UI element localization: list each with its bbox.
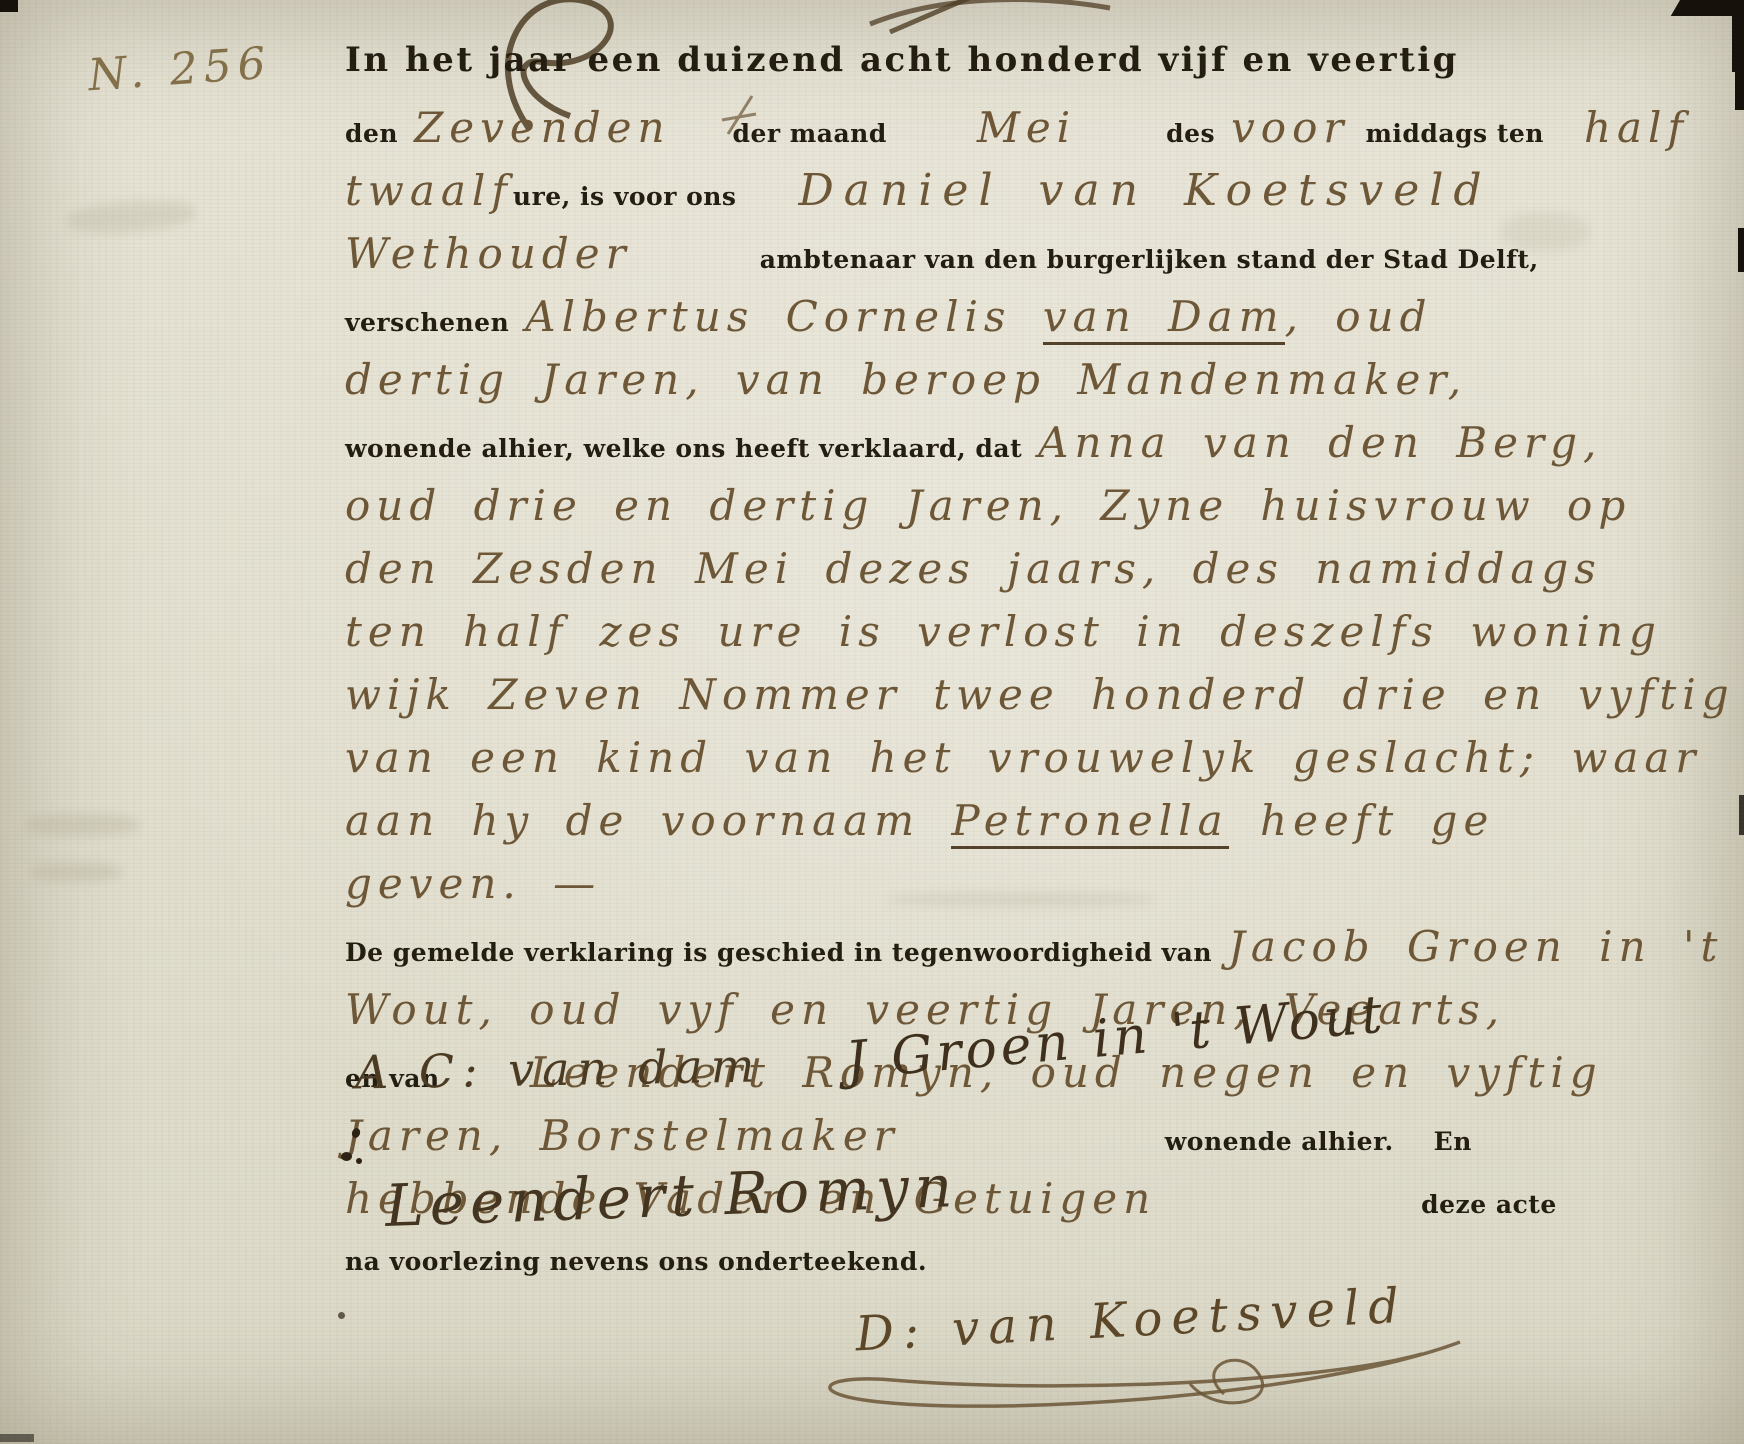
act-line: den Zesden Mei dezes jaars, des namiddag… xyxy=(345,545,1550,602)
ink-blot xyxy=(356,1158,362,1164)
ink-blot xyxy=(341,1152,352,1161)
scan-edge-mark xyxy=(1738,228,1744,272)
act-line: wijk Zeven Nommer twee honderd drie en v… xyxy=(345,671,1550,728)
printed-text: En xyxy=(1434,1127,1472,1156)
bleedthrough-smudge xyxy=(65,198,197,237)
handwritten-text: van een kind van het vrouwelyk geslacht;… xyxy=(345,733,1701,782)
act-line: ten half zes ure is verlost in deszelfs … xyxy=(345,608,1550,665)
act-line: Wethouderambtenaar van den burgerlijken … xyxy=(345,230,1550,287)
printed-text: wonende alhier. xyxy=(1165,1127,1394,1156)
printed-text: verschenen xyxy=(345,308,509,337)
handwritten-text: Mei xyxy=(977,103,1076,152)
printed-text: ambtenaar van den burgerlijken stand der… xyxy=(760,245,1539,274)
handwritten-text: Anna van den Berg, xyxy=(1038,418,1602,467)
bleedthrough-smudge xyxy=(886,892,1156,907)
handwritten-text: heeft ge xyxy=(1229,796,1495,845)
handwritten-text: voor xyxy=(1231,103,1349,152)
document-page: N. 256 In het jaar een duizend acht hond… xyxy=(0,0,1744,1444)
handwritten-text: aan hy de voornaam xyxy=(345,796,951,845)
scan-edge-mark xyxy=(0,1434,34,1442)
handwritten-text: Wethouder xyxy=(345,229,632,278)
act-line: van een kind van het vrouwelyk geslacht;… xyxy=(345,734,1550,791)
bleedthrough-smudge xyxy=(1500,212,1590,252)
handwritten-text: Daniel van Koetsveld xyxy=(799,165,1492,216)
act-body: In het jaar een duizend acht honderd vij… xyxy=(345,36,1550,1295)
act-line: oud drie en dertig Jaren, Zyne huisvrouw… xyxy=(345,482,1550,539)
scan-edge-mark xyxy=(1735,52,1744,110)
ink-blot xyxy=(338,1312,345,1319)
bleedthrough-smudge xyxy=(30,862,122,882)
printed-text: der maand xyxy=(733,119,887,148)
act-line: wonende alhier, welke ons heeft verklaar… xyxy=(345,419,1550,476)
act-line: twaalfure, is voor onsDaniel van Koetsve… xyxy=(345,167,1550,224)
act-line: verschenenAlbertus Cornelis van Dam, oud xyxy=(345,293,1550,350)
scan-edge-mark xyxy=(1739,795,1744,835)
printed-text: wonende alhier, welke ons heeft verklaar… xyxy=(345,434,1022,463)
handwritten-text: Jaren, Borstelmaker xyxy=(345,1111,900,1160)
act-line: denZevendender maandMeidesvoormiddags te… xyxy=(345,104,1550,161)
bleedthrough-smudge xyxy=(24,814,140,836)
printed-text: na voorlezing nevens ons onderteekend. xyxy=(345,1247,927,1276)
act-line: geven. — xyxy=(345,860,1550,917)
handwritten-text: Jacob Groen in 't xyxy=(1228,922,1723,971)
handwritten-text: , oud xyxy=(1285,292,1433,341)
handwritten-text: dertig Jaren, van beroep Mandenmaker, xyxy=(345,355,1467,404)
handwritten-text: geven. — xyxy=(345,859,601,908)
handwritten-text: van Dam xyxy=(1043,292,1285,345)
margin-number: N. 256 xyxy=(86,38,273,102)
handwritten-text: ten half zes ure is verlost in deszelfs … xyxy=(345,607,1662,656)
handwritten-text: Petronella xyxy=(951,796,1228,849)
handwritten-text: twaalf xyxy=(345,166,513,215)
printed-text: ure, is voor ons xyxy=(513,182,737,211)
handwritten-text: Zevenden xyxy=(414,103,670,152)
act-line: In het jaar een duizend acht honderd vij… xyxy=(345,36,1550,90)
handwritten-text: oud drie en dertig Jaren, Zyne huisvrouw… xyxy=(345,481,1631,530)
printed-text: De gemelde verklaring is geschied in teg… xyxy=(345,938,1212,967)
handwritten-text: wijk Zeven Nommer twee honderd drie en v… xyxy=(345,670,1735,719)
act-line: aan hy de voornaam Petronella heeft ge xyxy=(345,797,1550,854)
handwritten-text: Albertus Cornelis xyxy=(525,292,1043,341)
printed-text: In het jaar een duizend acht honderd vij… xyxy=(345,40,1459,80)
printed-text: des xyxy=(1166,119,1215,148)
printed-text: middags ten xyxy=(1365,119,1544,148)
handwritten-text: den Zesden Mei dezes jaars, des namiddag… xyxy=(345,544,1602,593)
act-line: dertig Jaren, van beroep Mandenmaker, xyxy=(345,356,1550,413)
printed-text: den xyxy=(345,119,398,148)
act-line: De gemelde verklaring is geschied in teg… xyxy=(345,923,1550,980)
signature-father: A C: van dam xyxy=(355,1038,763,1099)
printed-text: deze acte xyxy=(1421,1190,1557,1219)
scan-edge-mark xyxy=(0,0,18,12)
handwritten-text: half xyxy=(1584,103,1689,152)
ink-flourish-top-right xyxy=(860,0,1120,34)
